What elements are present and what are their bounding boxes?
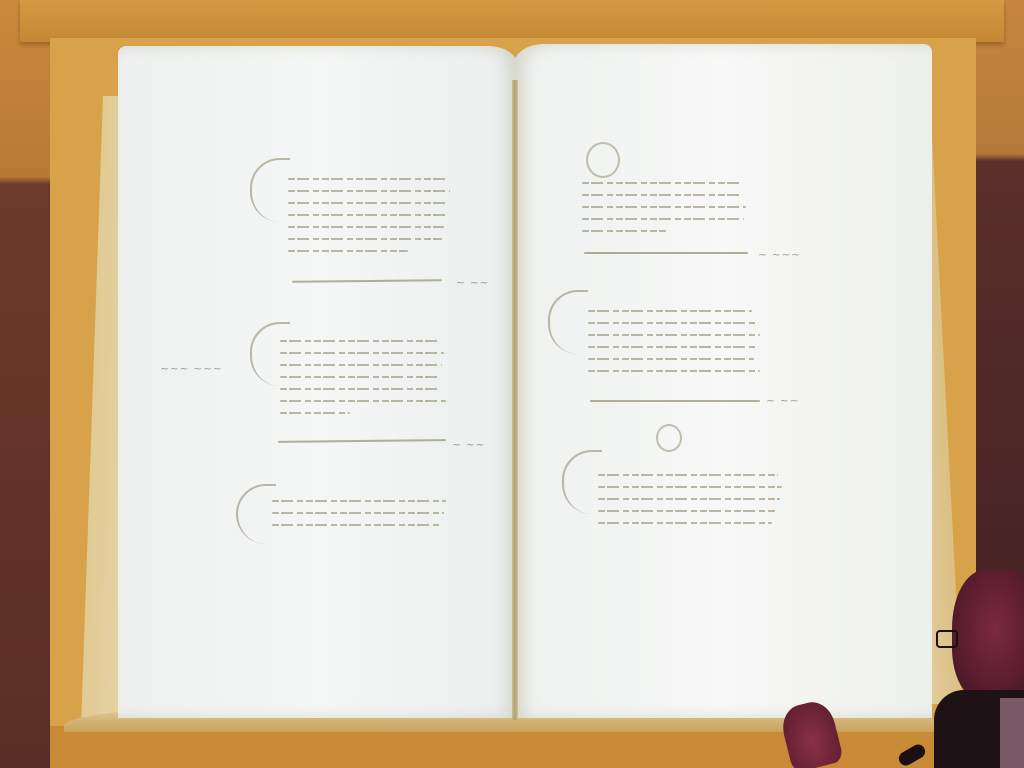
handwritten-line	[588, 334, 760, 336]
margin-note: ~ ~~	[766, 394, 799, 407]
handwritten-line	[288, 238, 442, 240]
presenter	[934, 570, 1024, 768]
handwritten-line	[280, 400, 446, 402]
manuscript-entry	[280, 330, 448, 414]
handwritten-line	[582, 230, 666, 232]
handwritten-line	[288, 178, 448, 180]
entry-divider-rule	[590, 400, 760, 402]
handwritten-line	[598, 522, 772, 524]
handwritten-line	[280, 412, 350, 414]
margin-note: ~ ~~	[452, 438, 485, 451]
handwritten-line	[280, 352, 444, 354]
handwritten-line	[598, 474, 778, 476]
manuscript-right-page	[514, 44, 932, 718]
projection-frame-top	[20, 0, 1004, 42]
handwritten-line	[588, 322, 756, 324]
handwritten-line	[288, 226, 444, 228]
handwritten-line	[582, 182, 742, 184]
handwritten-line	[288, 214, 448, 216]
handwritten-line	[280, 376, 438, 378]
manuscript-entry	[582, 172, 750, 232]
handwritten-line	[598, 510, 776, 512]
handwritten-line	[588, 370, 760, 372]
manuscript-entry	[272, 490, 448, 526]
entry-divider-rule	[584, 252, 748, 254]
book-spine	[512, 80, 518, 720]
handwritten-line	[272, 500, 446, 502]
margin-note: ~~~ ~~~	[160, 362, 222, 375]
handwritten-line	[598, 486, 782, 488]
handwritten-line	[272, 524, 440, 526]
handwritten-line	[588, 310, 752, 312]
handwritten-line	[582, 206, 746, 208]
handwritten-line	[280, 364, 442, 366]
decorative-initial	[656, 424, 682, 452]
margin-note: ~ ~~	[456, 276, 489, 289]
handwritten-line	[288, 250, 408, 252]
handwritten-line	[288, 190, 450, 192]
manuscript-entry	[288, 168, 456, 252]
handwritten-line	[288, 202, 446, 204]
handwritten-line	[280, 340, 440, 342]
handwritten-line	[272, 512, 444, 514]
presenter-shirt	[1000, 698, 1024, 768]
manuscript-entry	[598, 464, 784, 524]
handwritten-line	[582, 194, 740, 196]
handwritten-line	[582, 218, 744, 220]
handwritten-line	[598, 498, 780, 500]
handwritten-line	[588, 358, 754, 360]
presenter-head	[952, 570, 1024, 700]
wall-left	[0, 0, 50, 768]
handwritten-line	[588, 346, 756, 348]
handwritten-line	[280, 388, 440, 390]
manuscript-entry	[588, 300, 764, 372]
glasses-icon	[936, 630, 958, 648]
margin-note: ~ ~~~	[758, 248, 801, 261]
